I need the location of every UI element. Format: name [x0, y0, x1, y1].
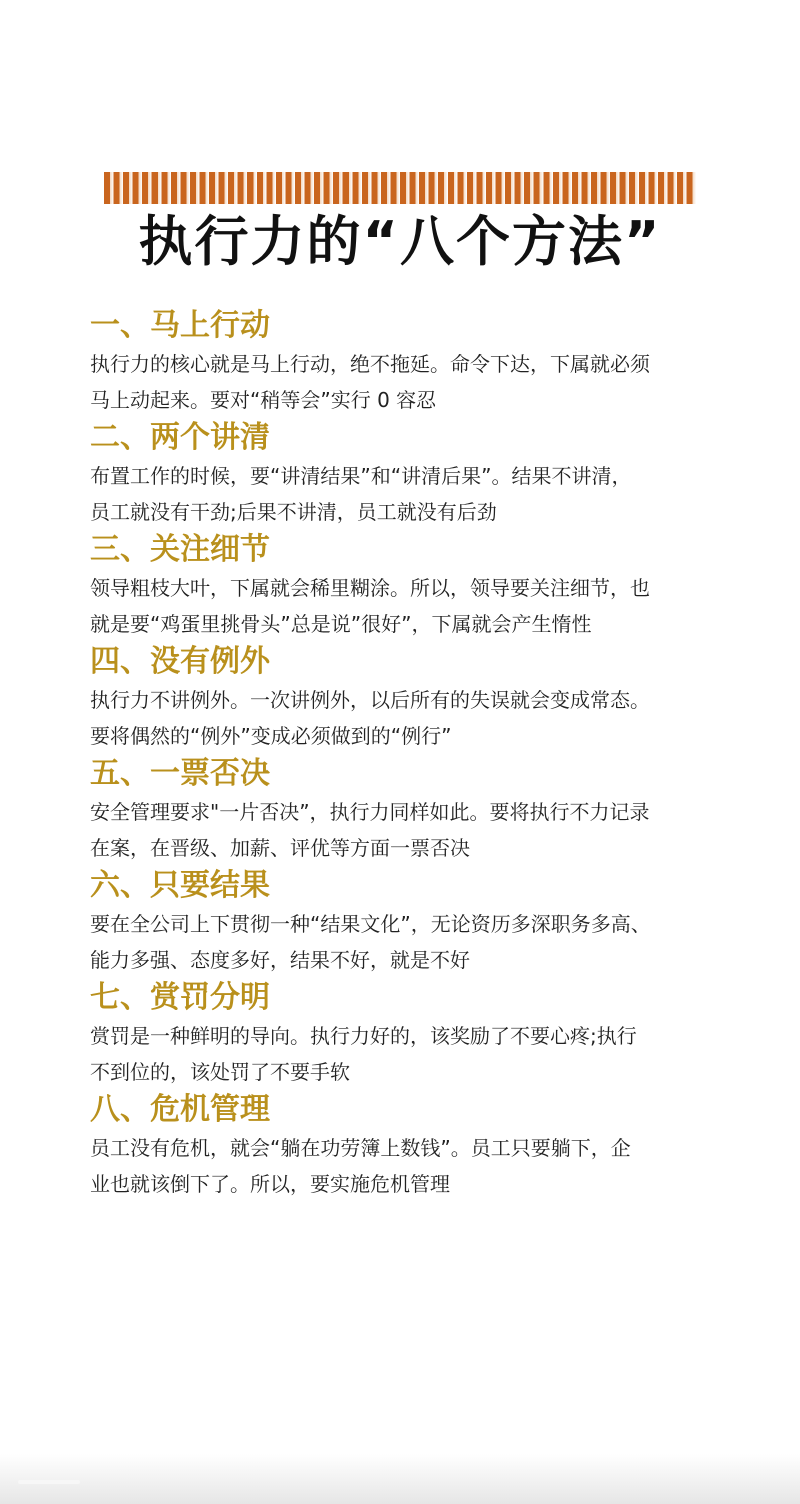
section-heading: 四、没有例外	[90, 642, 730, 682]
section-body-line: 马上动起来。要对“稍等会”实行 0 容忍	[90, 382, 730, 418]
decorative-stripe-bar	[104, 172, 696, 204]
bottom-gradient	[0, 1454, 800, 1504]
method-section-2: 二、两个讲清 布置工作的时候，要“讲清结果”和“讲清后果”。结果不讲清， 员工就…	[90, 418, 730, 530]
section-body-line: 业也就该倒下了。所以，要实施危机管理	[90, 1166, 730, 1202]
methods-list: 一、马上行动 执行力的核心就是马上行动，绝不拖延。命令下达，下属就必须 马上动起…	[90, 306, 730, 1202]
section-body-line: 不到位的，该处罚了不要手软	[90, 1054, 730, 1090]
method-section-7: 七、赏罚分明 赏罚是一种鲜明的导向。执行力好的，该奖励了不要心疼;执行 不到位的…	[90, 978, 730, 1090]
section-body-line: 安全管理要求"一片否决”，执行力同样如此。要将执行不力记录	[90, 794, 730, 830]
section-body-line: 员工就没有干劲;后果不讲清，员工就没有后劲	[90, 494, 730, 530]
section-body-line: 就是要“鸡蛋里挑骨头”总是说”很好”，下属就会产生惰性	[90, 606, 730, 642]
method-section-1: 一、马上行动 执行力的核心就是马上行动，绝不拖延。命令下达，下属就必须 马上动起…	[90, 306, 730, 418]
section-heading: 五、一票否决	[90, 754, 730, 794]
section-heading: 二、两个讲清	[90, 418, 730, 458]
page-title: 执行力的“八个方法”	[0, 204, 800, 280]
method-section-3: 三、关注细节 领导粗枝大叶，下属就会稀里糊涂。所以，领导要关注细节，也 就是要“…	[90, 530, 730, 642]
method-section-6: 六、只要结果 要在全公司上下贯彻一种“结果文化”，无论资历多深职务多高、 能力多…	[90, 866, 730, 978]
section-body-line: 执行力不讲例外。一次讲例外，以后所有的失误就会变成常态。	[90, 682, 730, 718]
section-body-line: 执行力的核心就是马上行动，绝不拖延。命令下达，下属就必须	[90, 346, 730, 382]
section-body-line: 能力多强、态度多好，结果不好，就是不好	[90, 942, 730, 978]
section-body-line: 赏罚是一种鲜明的导向。执行力好的，该奖励了不要心疼;执行	[90, 1018, 730, 1054]
section-heading: 三、关注细节	[90, 530, 730, 570]
section-body-line: 员工没有危机，就会“躺在功劳簿上数钱”。员工只要躺下，企	[90, 1130, 730, 1166]
section-body-line: 布置工作的时候，要“讲清结果”和“讲清后果”。结果不讲清，	[90, 458, 730, 494]
section-heading: 一、马上行动	[90, 306, 730, 346]
section-heading: 六、只要结果	[90, 866, 730, 906]
section-body-line: 在案，在晋级、加薪、评优等方面一票否决	[90, 830, 730, 866]
section-body-line: 要在全公司上下贯彻一种“结果文化”，无论资历多深职务多高、	[90, 906, 730, 942]
section-heading: 七、赏罚分明	[90, 978, 730, 1018]
scroll-indicator	[18, 1480, 80, 1484]
method-section-5: 五、一票否决 安全管理要求"一片否决”，执行力同样如此。要将执行不力记录 在案，…	[90, 754, 730, 866]
method-section-8: 八、危机管理 员工没有危机，就会“躺在功劳簿上数钱”。员工只要躺下，企 业也就该…	[90, 1090, 730, 1202]
method-section-4: 四、没有例外 执行力不讲例外。一次讲例外，以后所有的失误就会变成常态。 要将偶然…	[90, 642, 730, 754]
section-body-line: 领导粗枝大叶，下属就会稀里糊涂。所以，领导要关注细节，也	[90, 570, 730, 606]
section-body-line: 要将偶然的“例外”变成必须做到的“例行”	[90, 718, 730, 754]
section-heading: 八、危机管理	[90, 1090, 730, 1130]
